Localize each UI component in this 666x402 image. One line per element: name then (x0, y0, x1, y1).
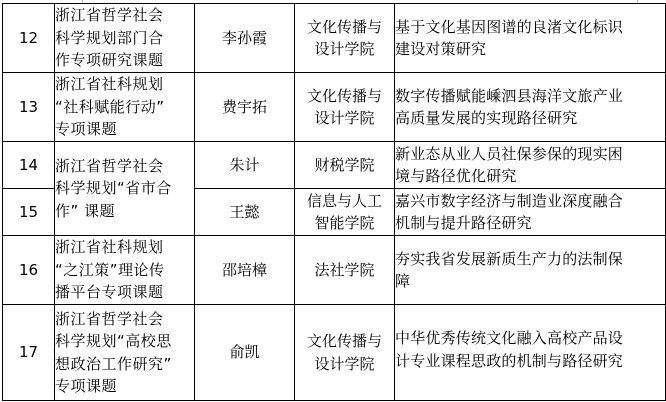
project-list-table: 12 浙江省哲学社会 科学规划部门合 作专项研究课题 李孙霞 文化传播与 设计学… (2, 3, 666, 401)
school-line: 信息与人工 (295, 190, 394, 213)
school-cell: 法社学院 (295, 236, 395, 305)
school-line: 财税学院 (295, 154, 394, 177)
school-line: 设计学院 (295, 353, 394, 376)
project-type-cell: 浙江省哲学社会 科学规划“高校思 想政治工作研究” 专项课题 (55, 305, 195, 401)
project-type-line: 浙江省社科规划 (55, 236, 194, 259)
table-row: 17 浙江省哲学社会 科学规划“高校思 想政治工作研究” 专项课题 俞凯 文化传… (3, 305, 666, 401)
project-type-line: 作专项研究课题 (55, 49, 194, 72)
project-title-cell: 嘉兴市数字经济与制造业深度融合 机制与提升路径研究 (395, 189, 666, 236)
project-type-line: “之江策”理论传 (55, 259, 194, 282)
school-cell: 信息与人工 智能学院 (295, 189, 395, 236)
school-line: 文化传播与 (295, 16, 394, 39)
project-title-line: 机制与提升路径研究 (395, 212, 665, 235)
leader-name: 费宇拓 (195, 73, 295, 142)
project-type-cell: 浙江省社科规划 “社科赋能行动” 专项课题 (55, 73, 195, 142)
project-title-line: 境与路径优化研究 (395, 165, 665, 188)
project-type-line: 作” 课题 (55, 200, 194, 223)
school-line: 设计学院 (295, 38, 394, 61)
table-row: 16 浙江省社科规划 “之江策”理论传 播平台专项课题 邵培樟 法社学院 夯实我… (3, 236, 666, 305)
row-number: 14 (3, 142, 55, 189)
project-title-cell: 夯实我省发展新质生产力的法制保 障 (395, 236, 666, 305)
school-cell: 文化传播与 设计学院 (295, 73, 395, 142)
row-number: 12 (3, 4, 55, 73)
project-type-line: 浙江省哲学社会 (55, 308, 194, 331)
project-title-cell: 新业态从业人员社保参保的现实困 境与路径优化研究 (395, 142, 666, 189)
project-title-cell: 数字传播赋能嵊泗县海洋文旅产业 高质量发展的实现路径研究 (395, 73, 666, 142)
row-number: 15 (3, 189, 55, 236)
project-title-line: 嘉兴市数字经济与制造业深度融合 (395, 190, 665, 213)
school-line: 设计学院 (295, 107, 394, 130)
school-line: 文化传播与 (295, 85, 394, 108)
project-title-line: 障 (395, 270, 665, 293)
row-number: 16 (3, 236, 55, 305)
school-line: 法社学院 (295, 259, 394, 282)
project-type-line: 想政治工作研究” (55, 353, 194, 376)
row-number: 13 (3, 73, 55, 142)
project-type-line: 播平台专项课题 (55, 281, 194, 304)
project-title-line: 数字传播赋能嵊泗县海洋文旅产业 (395, 85, 665, 108)
project-title-line: 夯实我省发展新质生产力的法制保 (395, 248, 665, 271)
project-type-line: 专项课题 (55, 375, 194, 398)
leader-name: 邵培樟 (195, 236, 295, 305)
project-title-cell: 基于文化基因图谱的良渚文化标识 建设对策研究 (395, 4, 666, 73)
project-title-line: 中华优秀传统文化融入高校产品设 (395, 327, 665, 350)
project-type-line: 科学规划“省市合 (55, 177, 194, 200)
school-cell: 财税学院 (295, 142, 395, 189)
project-type-line: 浙江省社科规划 (55, 73, 194, 96)
project-type-line: 专项课题 (55, 118, 194, 141)
project-type-line: 科学规划“高校思 (55, 330, 194, 353)
school-line: 文化传播与 (295, 330, 394, 353)
project-type-cell: 浙江省哲学社会 科学规划部门合 作专项研究课题 (55, 4, 195, 73)
project-title-cell: 中华优秀传统文化融入高校产品设 计专业课程思政的机制与路径研究 (395, 305, 666, 401)
project-type-cell: 浙江省哲学社会 科学规划“省市合 作” 课题 (55, 142, 195, 236)
table-row: 14 浙江省哲学社会 科学规划“省市合 作” 课题 朱计 财税学院 新业态从业人… (3, 142, 666, 189)
project-type-line: “社科赋能行动” (55, 96, 194, 119)
project-type-line: 科学规划部门合 (55, 27, 194, 50)
project-title-line: 建设对策研究 (395, 38, 665, 61)
leader-name: 朱计 (195, 142, 295, 189)
leader-name: 俞凯 (195, 305, 295, 401)
school-cell: 文化传播与 设计学院 (295, 4, 395, 73)
project-title-line: 计专业课程思政的机制与路径研究 (395, 350, 665, 373)
project-title-line: 基于文化基因图谱的良渚文化标识 (395, 16, 665, 39)
project-type-cell: 浙江省社科规划 “之江策”理论传 播平台专项课题 (55, 236, 195, 305)
row-number: 17 (3, 305, 55, 401)
school-cell: 文化传播与 设计学院 (295, 305, 395, 401)
leader-name: 李孙霞 (195, 4, 295, 73)
table-row: 13 浙江省社科规划 “社科赋能行动” 专项课题 费宇拓 文化传播与 设计学院 … (3, 73, 666, 142)
school-line: 智能学院 (295, 212, 394, 235)
project-title-line: 高质量发展的实现路径研究 (395, 107, 665, 130)
project-title-line: 新业态从业人员社保参保的现实困 (395, 143, 665, 166)
table-row: 12 浙江省哲学社会 科学规划部门合 作专项研究课题 李孙霞 文化传播与 设计学… (3, 4, 666, 73)
project-type-line: 浙江省哲学社会 (55, 4, 194, 27)
project-type-line: 浙江省哲学社会 (55, 155, 194, 178)
leader-name: 王懿 (195, 189, 295, 236)
